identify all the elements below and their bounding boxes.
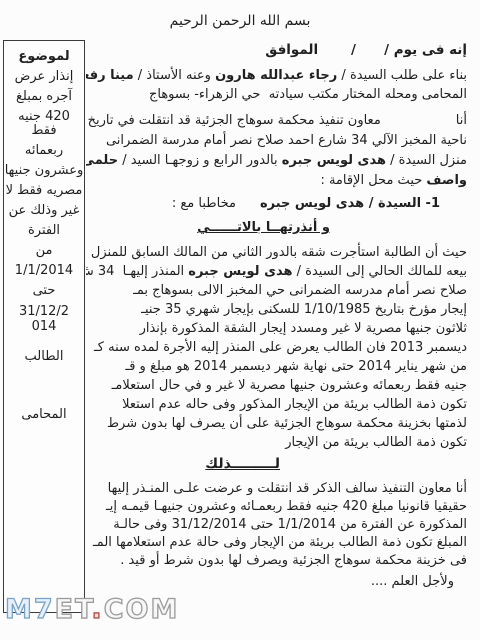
period-from-label: من	[4, 244, 84, 258]
bailiff-paragraph: أنامعاون تنفيذ محكمة سوهاج الجزئية قد ان…	[86, 111, 467, 191]
subject-line: 420 جنيه فقط	[4, 110, 84, 138]
bailiff-text: معاون تنفيذ محكمة سوهاج الجزئية قد انتقل…	[88, 113, 381, 128]
subject-line: الفترة	[4, 224, 84, 238]
bailiff-text: أنا	[456, 113, 467, 128]
bailiff-text: بالدور الرابع و زوجهـا السيد /	[118, 153, 282, 168]
husband-name: حلمى	[86, 153, 118, 168]
bailiff-text: حيث محل الإقامة :	[320, 173, 426, 188]
lawyer-name: مينا رفعت	[86, 68, 134, 83]
watermark-m7: M7	[5, 594, 55, 625]
warning-line-2: بيعه للمالك الحالي إلى السيدة / هدى لويس…	[86, 262, 467, 281]
warning-heading: و أنذرتهــا بالاتــــــي	[197, 220, 330, 235]
subject-line: ربعمائه	[4, 144, 84, 158]
addressee-name: هدى لويس جبره	[188, 264, 292, 279]
watermark-com: COM	[104, 594, 180, 625]
addressee-item-note: مخاطبا مع :	[172, 196, 236, 211]
document-page: بسم الله الرحمن الرحيم إنه فى يوم / / ال…	[0, 0, 480, 640]
period-start-date: 1/1/2014	[4, 264, 84, 278]
bailiff-line-4: واصف حيث محل الإقامة :	[86, 171, 467, 191]
date-line: إنه فى يوم / / الموافق	[265, 42, 467, 58]
period-until-label: حتى	[4, 284, 84, 298]
intro-line-2: المحامى ومحله المختار مكتب سيادته حي الز…	[86, 85, 467, 104]
subject-box: لموضوع إنذار عرض آجره بمبلغ 420 جنيه فقط…	[3, 40, 85, 613]
document-body: إنه فى يوم / / الموافق بناء على طلب السي…	[86, 0, 470, 640]
watermark-dot: .	[91, 594, 103, 625]
warning-text: المنذر إليهـا 34 ش	[86, 264, 188, 279]
warning-line-1: حيث أن الطالبة استأجرت شقه بالدور الثاني…	[86, 243, 467, 262]
warning-line-8: جنيه فقط ربعمائه وعشرون جنيها مصرية لا غ…	[86, 376, 467, 395]
petitioner-label: الطالب	[4, 350, 84, 364]
conclusion-line-4: المبلغ تكون ذمة الطالب بريئة من الإيجار …	[93, 534, 467, 552]
intro-text: وعنه الأستاذ /	[134, 68, 215, 83]
requester-name: رجاء عبدالله هارون	[215, 68, 337, 83]
warning-line-9: تكون ذمة الطالب بريئة من الإيجار المذكور…	[86, 395, 467, 414]
period-end-date: 31/12/2014	[15, 304, 73, 334]
conclusion-paragraph: أنا معاون التنفيذ سالف الذكر قد انتقلت و…	[93, 480, 467, 570]
subject-title: لموضوع	[4, 49, 84, 64]
warning-line-10: لذمتها بخزينة محكمة سوهاج الجزئية على أن…	[86, 414, 467, 433]
warning-paragraph: حيث أن الطالبة استأجرت شقه بالدور الثاني…	[86, 243, 467, 452]
bailiff-line-1: أنامعاون تنفيذ محكمة سوهاج الجزئية قد ان…	[86, 111, 467, 131]
conclusion-line-3: المذكورة عن الفترة من 1/1/2014 حتى 31/12…	[93, 516, 467, 534]
warning-line-6: ديسمبر 2013 فان الطالب يعرض على المنذر إ…	[86, 338, 467, 357]
subject-line: وعشرون جنيها	[4, 164, 84, 178]
therefore-heading: لـــــــــذلك	[205, 456, 280, 472]
watermark-et: ET	[55, 594, 92, 625]
intro-paragraph: بناء على طلب السيدة / رجاء عبدالله هارون…	[86, 66, 467, 104]
bailiff-line-2: ناحية المخبز الآلي 34 شارع احمد صلاح نصر…	[86, 131, 467, 151]
watermark-m7et: M7ET.COM	[5, 594, 179, 625]
addressee-name: هدى لويس جبره	[282, 153, 386, 168]
warning-line-3: صلاح نصر أمام مدرسه الضمرانى حي المخبز ا…	[86, 281, 467, 300]
warning-line-7: من شهر يناير 2014 حتى نهاية شهر ديسمبر 2…	[86, 357, 467, 376]
warning-line-11: تكون ذمة الطالب بريئة من الإيجار	[86, 433, 467, 452]
warning-text: بيعه للمالك الحالي إلى السيدة /	[293, 264, 467, 279]
conclusion-line-1: أنا معاون التنفيذ سالف الذكر قد انتقلت و…	[93, 480, 467, 498]
warning-line-4: إيجار مؤرخ بتاريخ 1/10/1985 للسكنى بإيجا…	[86, 300, 467, 319]
bailiff-text: منزل السيدة /	[386, 153, 467, 168]
bailiff-line-3: منزل السيدة / هدى لويس جبره بالدور الراب…	[86, 151, 467, 171]
subject-line: غير وذلك عن	[4, 204, 84, 218]
closing-line: ولأجل العلم ....	[371, 574, 454, 589]
subject-line: آجره بمبلغ	[4, 90, 84, 104]
subject-line: مصريه فقط لا	[4, 184, 84, 198]
intro-text: بناء على طلب السيدة /	[337, 68, 467, 83]
lawyer-label: المحامى	[4, 408, 84, 422]
warning-line-5: ثلاثون جنيها مصرية لا غير ومسدد إيجار ال…	[86, 319, 467, 338]
addressee-item-name: 1- السيدة / هدى لويس جبره	[260, 196, 440, 211]
conclusion-line-2: حقيقيا قانونيا مبلغ 420 جنيه فقط ربعمـائ…	[93, 498, 467, 516]
subject-line: إنذار عرض	[4, 70, 84, 84]
intro-line-1: بناء على طلب السيدة / رجاء عبدالله هارون…	[86, 66, 467, 85]
husband-name-cont: واصف	[426, 173, 467, 188]
addressee-item: 1- السيدة / هدى لويس جبرهمخاطبا مع :	[172, 196, 440, 211]
conclusion-line-5: فى خزينة محكمة سوهاج الجزئية ويصرف لها ب…	[93, 552, 467, 570]
